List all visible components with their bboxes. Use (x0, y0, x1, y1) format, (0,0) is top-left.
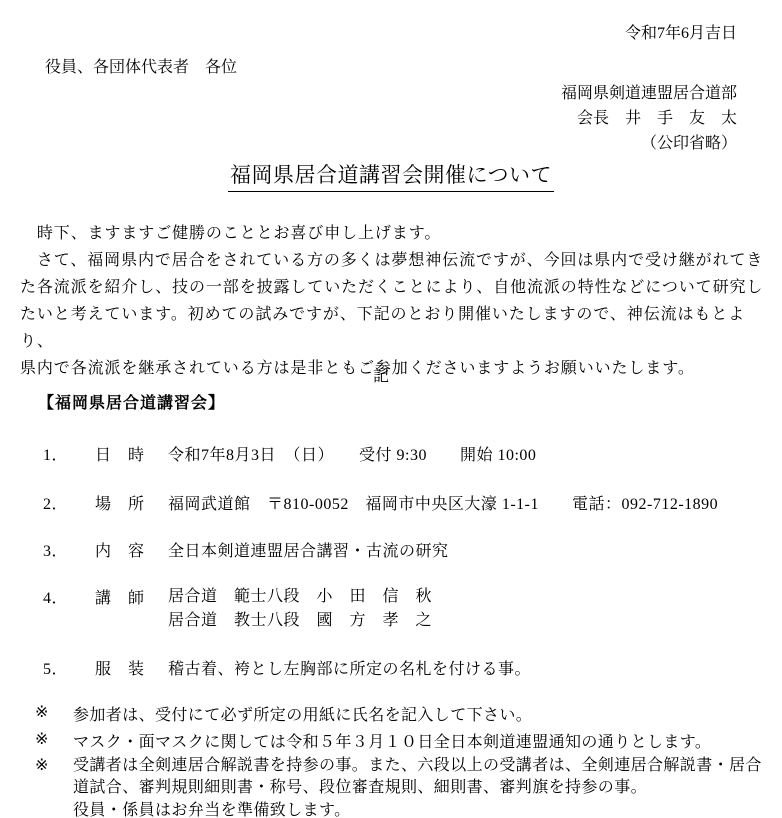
item-content: 令和7年8月3日 （日） 受付 9:30 開始 10:00 (168, 442, 536, 465)
item-content: 居合道 範士八段 小 田 信 秋 居合道 教士八段 國 方 孝 之 (168, 585, 432, 633)
note-registration: ※ 参加者は、受付にて必ず所定の用紙に氏名を記入して下さい。 (35, 702, 532, 725)
note-materials: ※ 受講者は全剣連居合解説書を持参の事。また、六段以上の受講者は、全剣連居合解説… (35, 755, 762, 818)
sender-block: 福岡県剣道連盟居合道部 会長 井 手 友 太 （公印省略） (561, 81, 737, 156)
item-program: 3． 内 容 全日本剣道連盟居合講習・古流の研究 (43, 538, 449, 561)
item-number: 3． (43, 538, 95, 561)
instructor-line: 居合道 範士八段 小 田 信 秋 (168, 585, 432, 609)
item-label: 服 装 (95, 656, 168, 679)
item-content: 福岡武道館 〒810-0052 福岡市中央区大濠 1-1-1 電話：092-71… (168, 491, 718, 514)
instructor-line: 居合道 教士八段 國 方 孝 之 (168, 609, 432, 633)
note-text: 参加者は、受付にて必ず所定の用紙に氏名を記入して下さい。 (73, 702, 532, 725)
issue-date: 令和7年6月吉日 (625, 20, 737, 43)
item-place: 2． 場 所 福岡武道館 〒810-0052 福岡市中央区大濠 1-1-1 電話… (43, 491, 718, 514)
item-number: 4． (43, 585, 95, 608)
seal-note: （公印省略） (561, 131, 737, 156)
note-mark: ※ (35, 702, 73, 722)
item-content: 全日本剣道連盟居合講習・古流の研究 (168, 538, 449, 561)
item-number: 1． (43, 442, 95, 465)
title-row: 福岡県居合道講習会開催について (0, 159, 782, 192)
note-text: マスク・面マスクに関しては令和５年３月１０日全日本剣道連盟通知の通りとします。 (73, 729, 711, 752)
item-label: 場 所 (95, 491, 168, 514)
intro-paragraph: 時下、ますますご健勝のこととお喜び申し上げます。 さて、福岡県内で居合をされてい… (20, 220, 770, 382)
section-heading: 【福岡県居合道講習会】 (38, 390, 225, 413)
item-number: 2． (43, 491, 95, 514)
addressee: 役員、各団体代表者 各位 (45, 54, 237, 77)
note-line: 役員・係員はお弁当を準備致します。 (73, 800, 762, 818)
sender-org: 福岡県剣道連盟居合道部 (561, 81, 737, 106)
note-mask: ※ マスク・面マスクに関しては令和５年３月１０日全日本剣道連盟通知の通りとします… (35, 729, 711, 752)
note-mark: ※ (35, 729, 73, 749)
item-label: 日 時 (95, 442, 168, 465)
document-title: 福岡県居合道講習会開催について (228, 159, 554, 192)
note-line: 道試合、審判規則細則書・称号、段位審査規則、細則書、審判旗を持参の事。 (73, 777, 762, 799)
sender-president: 会長 井 手 友 太 (561, 106, 737, 131)
item-dress-code: 5． 服 装 稽古着、袴とし左胸部に所定の名札を付ける事。 (43, 656, 531, 679)
note-mark: ※ (35, 755, 73, 775)
intro-line: た各流派を紹介し、技の一部を披露していただくことにより、自他流派の特性などについ… (20, 274, 770, 301)
document-page: 令和7年6月吉日 役員、各団体代表者 各位 福岡県剣道連盟居合道部 会長 井 手… (0, 0, 782, 818)
item-content: 稽古着、袴とし左胸部に所定の名札を付ける事。 (168, 656, 531, 679)
item-instructors: 4． 講 師 居合道 範士八段 小 田 信 秋 居合道 教士八段 國 方 孝 之 (43, 585, 432, 633)
item-date-time: 1． 日 時 令和7年8月3日 （日） 受付 9:30 開始 10:00 (43, 442, 536, 465)
item-label: 講 師 (95, 585, 168, 608)
record-mark: 記 (0, 363, 762, 386)
intro-line: たいと考えています。初めての試みですが、下記のとおり開催いたしますので、神伝流は… (20, 301, 770, 355)
note-text: 受講者は全剣連居合解説書を持参の事。また、六段以上の受講者は、全剣連居合解説書・… (73, 755, 762, 818)
intro-line: さて、福岡県内で居合をされている方の多くは夢想神伝流ですが、今回は県内で受け継が… (20, 247, 770, 274)
note-line: 受講者は全剣連居合解説書を持参の事。また、六段以上の受講者は、全剣連居合解説書・… (73, 755, 762, 777)
intro-line: 時下、ますますご健勝のこととお喜び申し上げます。 (20, 220, 770, 247)
item-number: 5． (43, 656, 95, 679)
item-label: 内 容 (95, 538, 168, 561)
